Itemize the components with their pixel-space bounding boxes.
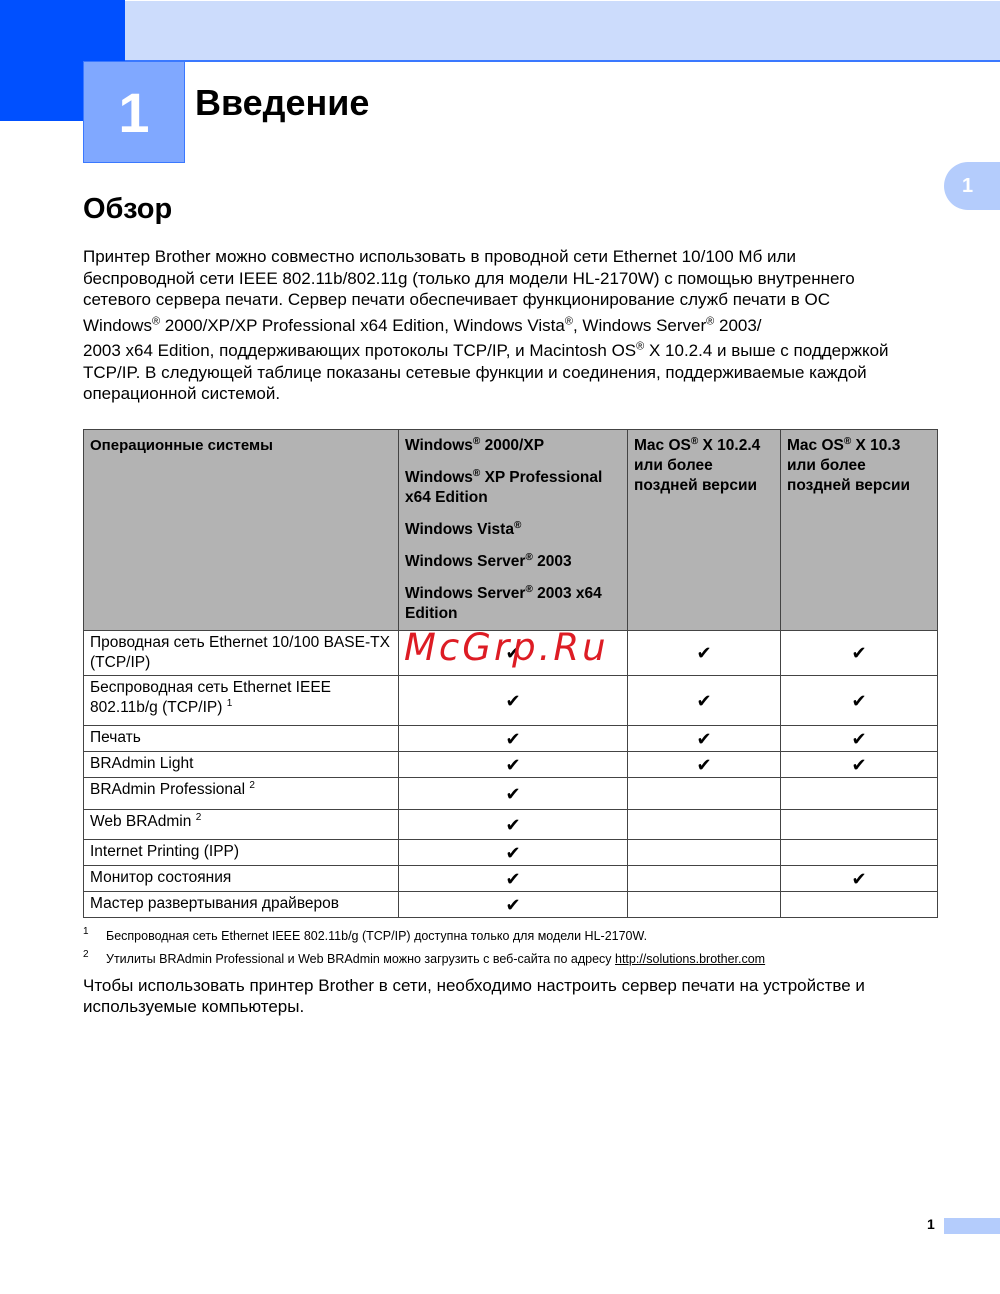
support-cell-windows: ✔ [399, 752, 628, 778]
table-header-row: Операционные системы Windows® 2000/XP Wi… [84, 430, 938, 631]
checkmark-icon: ✔ [505, 755, 520, 775]
chapter-number-box: 1 [83, 61, 185, 163]
checkmark-icon: ✔ [505, 843, 520, 863]
checkmark-icon: ✔ [505, 691, 520, 711]
checkmark-icon: ✔ [696, 643, 711, 663]
table-row: BRAdmin Professional 2✔ [84, 778, 938, 810]
checkmark-icon: ✔ [505, 815, 520, 835]
footnote-ref: 2 [196, 812, 202, 823]
table-row: Internet Printing (IPP)✔ [84, 840, 938, 866]
support-cell-mac1 [628, 778, 781, 810]
page-footer-bar [944, 1218, 1000, 1234]
checkmark-icon: ✔ [696, 755, 711, 775]
support-cell-mac1: ✔ [628, 676, 781, 726]
footnote-ref: 2 [249, 780, 255, 791]
table-row: Проводная сеть Ethernet 10/100 BASE-TX (… [84, 631, 938, 676]
feature-name: Беспроводная сеть Ethernet IEEE 802.11b/… [84, 676, 399, 726]
support-cell-mac2 [781, 892, 938, 918]
checkmark-icon: ✔ [505, 784, 520, 804]
header-windows: Windows® 2000/XP Windows® XP Professiona… [399, 430, 628, 631]
checkmark-icon: ✔ [851, 869, 866, 889]
header-mac-10-2-4: Mac OS® X 10.2.4 или более поздней верси… [628, 430, 781, 631]
feature-name: Web BRAdmin 2 [84, 810, 399, 840]
support-cell-mac1: ✔ [628, 631, 781, 676]
support-cell-mac2 [781, 778, 938, 810]
support-cell-windows: ✔ [399, 778, 628, 810]
feature-name: Монитор состояния [84, 866, 399, 892]
header-mac-10-3: Mac OS® X 10.3 или более поздней версии [781, 430, 938, 631]
intro-line: сетевого сервера печати. Сервер печати о… [83, 289, 953, 311]
support-cell-mac1 [628, 892, 781, 918]
os-feature-table: Операционные системы Windows® 2000/XP Wi… [83, 429, 938, 918]
support-cell-windows: ✔ [399, 840, 628, 866]
support-cell-windows: ✔ [399, 866, 628, 892]
intro-line: Windows® 2000/XP/XP Professional x64 Edi… [83, 315, 953, 337]
table-row: Беспроводная сеть Ethernet IEEE 802.11b/… [84, 676, 938, 726]
chapter-title: Введение [195, 82, 369, 124]
support-cell-mac1: ✔ [628, 752, 781, 778]
support-cell-windows: ✔ [399, 631, 628, 676]
feature-name: Мастер развертывания драйверов [84, 892, 399, 918]
table-row: BRAdmin Light✔✔✔ [84, 752, 938, 778]
checkmark-icon: ✔ [851, 755, 866, 775]
footnote-1: 1Беспроводная сеть Ethernet IEEE 802.11b… [83, 928, 765, 951]
checkmark-icon: ✔ [505, 869, 520, 889]
intro-line: 2003 x64 Edition, поддерживающих протоко… [83, 340, 953, 362]
support-cell-mac1 [628, 810, 781, 840]
checkmark-icon: ✔ [851, 691, 866, 711]
checkmark-icon: ✔ [505, 895, 520, 915]
support-cell-mac2 [781, 840, 938, 866]
feature-name: Печать [84, 726, 399, 752]
header-os: Операционные системы [84, 430, 399, 631]
checkmark-icon: ✔ [696, 691, 711, 711]
checkmark-icon: ✔ [505, 729, 520, 749]
intro-line: беспроводной сети IEEE 802.11b/802.11g (… [83, 268, 953, 290]
intro-paragraph: Принтер Brother можно совместно использо… [83, 246, 953, 405]
support-cell-mac2: ✔ [781, 726, 938, 752]
footnotes: 1Беспроводная сеть Ethernet IEEE 802.11b… [83, 928, 765, 974]
feature-name: Проводная сеть Ethernet 10/100 BASE-TX (… [84, 631, 399, 676]
support-cell-mac2: ✔ [781, 676, 938, 726]
support-cell-windows: ✔ [399, 726, 628, 752]
footnote-ref: 1 [227, 698, 233, 709]
support-cell-windows: ✔ [399, 676, 628, 726]
support-cell-mac1 [628, 866, 781, 892]
checkmark-icon: ✔ [696, 729, 711, 749]
intro-line: TCP/IP. В следующей таблице показаны сет… [83, 362, 953, 384]
chapter-side-tab: 1 [944, 162, 1000, 210]
page-number: 1 [927, 1216, 935, 1232]
support-cell-mac1 [628, 840, 781, 866]
support-cell-mac2: ✔ [781, 866, 938, 892]
checkmark-icon: ✔ [851, 729, 866, 749]
checkmark-icon: ✔ [505, 643, 520, 663]
table-row: Мастер развертывания драйверов✔ [84, 892, 938, 918]
checkmark-icon: ✔ [851, 643, 866, 663]
table-row: Web BRAdmin 2✔ [84, 810, 938, 840]
support-cell-mac2: ✔ [781, 752, 938, 778]
feature-name: Internet Printing (IPP) [84, 840, 399, 866]
header-light-bar [125, 1, 1000, 62]
table-row: Печать✔✔✔ [84, 726, 938, 752]
support-cell-windows: ✔ [399, 892, 628, 918]
intro-line: операционной системой. [83, 383, 953, 405]
section-title: Обзор [83, 193, 172, 226]
support-cell-windows: ✔ [399, 810, 628, 840]
outro-paragraph: Чтобы использовать принтер Brother в сет… [83, 975, 943, 1017]
intro-line: Принтер Brother можно совместно использо… [83, 246, 953, 268]
support-cell-mac1: ✔ [628, 726, 781, 752]
solutions-link[interactable]: http://solutions.brother.com [615, 952, 765, 966]
table-row: Монитор состояния✔✔ [84, 866, 938, 892]
support-cell-mac2: ✔ [781, 631, 938, 676]
feature-name: BRAdmin Professional 2 [84, 778, 399, 810]
support-cell-mac2 [781, 810, 938, 840]
feature-name: BRAdmin Light [84, 752, 399, 778]
footnote-2: 2Утилиты BRAdmin Professional и Web BRAd… [83, 951, 765, 974]
